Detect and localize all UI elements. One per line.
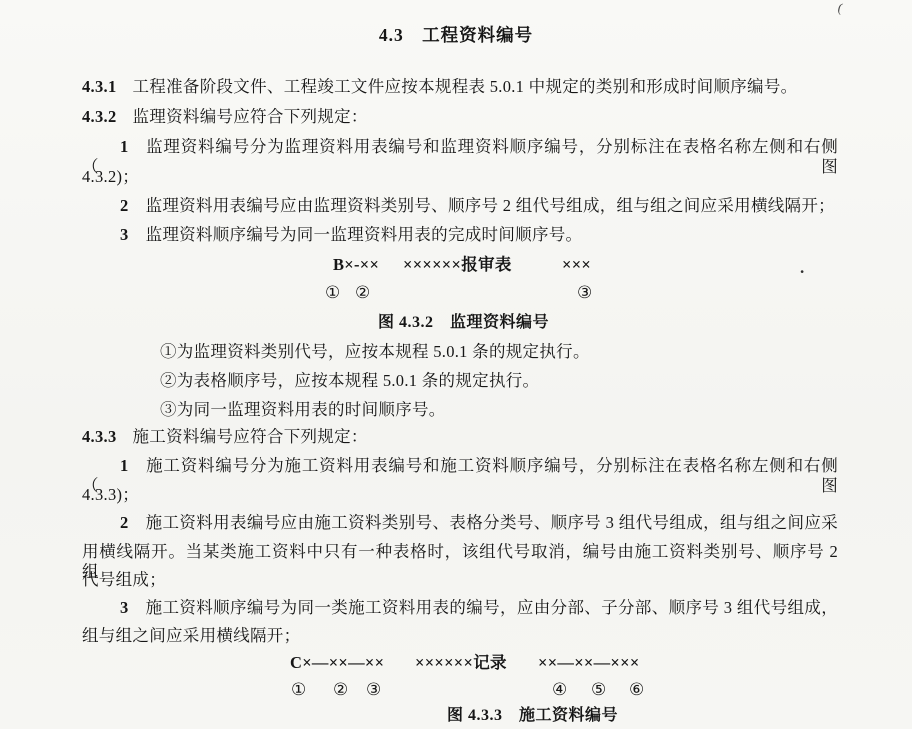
item-number: 3: [120, 225, 129, 244]
item-text: 监理资料顺序编号为同一监理资料用表的完成时间顺序号。: [146, 225, 583, 244]
item-text-continued: 组与组之间应采用横线隔开；: [82, 626, 300, 645]
item-number: 3: [120, 598, 129, 617]
circled-3-marker: ③: [366, 680, 382, 700]
figure-4-3-3-code-row: C×—××—×× ××××××记录 ××—××—×××: [0, 653, 912, 673]
figure-4-3-2-form-name: ××××××报审表: [403, 255, 512, 275]
figure-4-3-2-note-3: ③为同一监理资料用表的时间顺序号。: [160, 400, 446, 420]
figure-4-3-2-note-1: ①为监理资料类别代号，应按本规程 5.0.1 条的规定执行。: [160, 342, 590, 362]
clause-4-3-2-number: 4.3.2: [82, 107, 117, 126]
item-number: 2: [120, 513, 129, 532]
circled-2-marker: ②: [333, 680, 349, 700]
clause-4-3-1: 4.3.1工程准备阶段文件、工程竣工文件应按本规程表 5.0.1 中规定的类别和…: [82, 77, 838, 97]
clause-4-3-3-item-2-line-1: 2施工资料用表编号应由施工资料类别号、表格分类号、顺序号 3 组代号组成，组与组…: [82, 513, 838, 533]
clause-4-3-1-number: 4.3.1: [82, 77, 117, 96]
scan-artifact-mark: (: [836, 0, 844, 16]
circled-2-marker: ②: [355, 283, 371, 303]
item-text: 监理资料用表编号应由监理资料类别号、顺序号 2 组代号组成，组与组之间应采用横线…: [146, 196, 835, 215]
section-title: 4.3 工程资料编号: [0, 22, 912, 47]
item-text-continued: 代号组成；: [82, 570, 166, 589]
circled-3-marker: ③: [577, 283, 593, 303]
figure-4-3-3-sequence-code: ××—××—×××: [538, 653, 640, 673]
clause-4-3-2-item-1-line-2: 4.3.2)；: [82, 167, 838, 187]
item-text: 施工资料顺序编号为同一类施工资料用表的编号，应由分部、子分部、顺序号 3 组代号…: [146, 598, 838, 617]
figure-4-3-2-sequence-code: ×××: [562, 255, 591, 275]
circled-6-marker: ⑥: [629, 680, 645, 700]
item-text-continued: 4.3.2)；: [82, 167, 139, 186]
clause-4-3-3-number: 4.3.3: [82, 427, 117, 446]
figure-4-3-3-form-code: C×—××—××: [290, 653, 384, 673]
clause-4-3-2: 4.3.2监理资料编号应符合下列规定：: [82, 107, 838, 127]
figure-4-3-3-caption: 图 4.3.3 施工资料编号: [447, 706, 618, 726]
scanned-document-page: ( . 4.3 工程资料编号 4.3.1工程准备阶段文件、工程竣工文件应按本规程…: [0, 0, 912, 729]
circled-4-marker: ④: [552, 680, 568, 700]
clause-4-3-2-item-2: 2监理资料用表编号应由监理资料类别号、顺序号 2 组代号组成，组与组之间应采用横…: [82, 196, 838, 216]
item-number: 1: [120, 456, 129, 475]
clause-4-3-3-text: 施工资料编号应符合下列规定：: [133, 427, 368, 446]
figure-4-3-3-caption-row: 图 4.3.3 施工资料编号: [0, 706, 912, 726]
item-text: 施工资料用表编号应由施工资料类别号、表格分类号、顺序号 3 组代号组成，组与组之…: [146, 513, 838, 532]
note-text: ①为监理资料类别代号，应按本规程 5.0.1 条的规定执行。: [160, 342, 590, 361]
item-text-continued: 4.3.3)；: [82, 485, 139, 504]
circled-5-marker: ⑤: [591, 680, 607, 700]
item-number: 2: [120, 196, 129, 215]
figure-4-3-2-markers-row: ① ② ③: [0, 283, 912, 303]
circled-1-marker: ①: [325, 283, 341, 303]
note-text: ②为表格顺序号，应按本规程 5.0.1 条的规定执行。: [160, 371, 539, 390]
figure-4-3-2-caption-row: 图 4.3.2 监理资料编号: [0, 313, 912, 333]
figure-4-3-3-markers-row: ① ② ③ ④ ⑤ ⑥: [0, 680, 912, 700]
clause-4-3-3-item-3-line-1: 3施工资料顺序编号为同一类施工资料用表的编号，应由分部、子分部、顺序号 3 组代…: [82, 598, 838, 618]
note-text: ③为同一监理资料用表的时间顺序号。: [160, 400, 446, 419]
circled-1-marker: ①: [291, 680, 307, 700]
figure-4-3-2-code-row: B×-×× ××××××报审表 ×××: [0, 255, 912, 275]
item-number: 1: [120, 137, 129, 156]
clause-4-3-3-item-3-line-2: 组与组之间应采用横线隔开；: [82, 626, 838, 646]
clause-4-3-2-text: 监理资料编号应符合下列规定：: [133, 107, 368, 126]
clause-4-3-2-item-3: 3监理资料顺序编号为同一监理资料用表的完成时间顺序号。: [82, 225, 838, 245]
clause-4-3-3-item-1-line-2: 4.3.3)；: [82, 485, 838, 505]
figure-4-3-2-caption: 图 4.3.2 监理资料编号: [378, 313, 549, 333]
clause-4-3-3: 4.3.3施工资料编号应符合下列规定：: [82, 427, 838, 447]
clause-4-3-1-text: 工程准备阶段文件、工程竣工文件应按本规程表 5.0.1 中规定的类别和形成时间顺…: [133, 77, 798, 96]
figure-4-3-2-note-2: ②为表格顺序号，应按本规程 5.0.1 条的规定执行。: [160, 371, 539, 391]
figure-4-3-3-form-name: ××××××记录: [415, 653, 507, 673]
clause-4-3-3-item-2-line-3: 代号组成；: [82, 570, 838, 590]
figure-4-3-2-form-code: B×-××: [333, 255, 379, 275]
